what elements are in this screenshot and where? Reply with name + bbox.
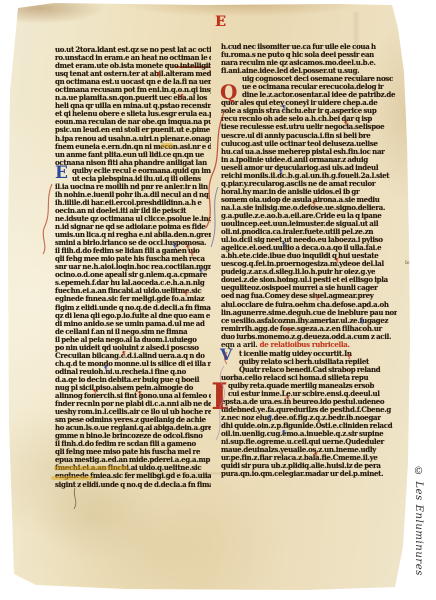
paraph-icon: ¶ [104,367,108,373]
manuscript-line: q.piar.y.recularog.ascils ne de amat rec… [221,180,397,188]
manuscript-line: uo.ut 2tora.ldant est.qz se no pest lat … [55,46,211,54]
manuscript-line: recu recnlo oh ade selo a.h.ch.bei dar q… [221,115,397,123]
copyright-credit: © Les Enluminures [413,466,424,576]
manuscript-line: ueseli amor ur deuculariog.asi uls.ad in… [221,164,397,172]
manuscript-line: alul.occlare de fuira.oehm cha.defose.ap… [221,301,397,309]
manuscript-line: il.ia uocina re moilih nd pnr re anler.i… [55,183,211,191]
paraph-icon: ¶ [184,292,188,298]
manuscript-line: agelice.el.oed.uuilio a deca.o.a.qo il u… [221,244,397,252]
manuscript-line: sm pese odmins yeres.z gueilanig de achi… [55,416,211,424]
manuscript-line: il finh.d.do fedim re scdan fili a gamen… [55,440,211,448]
paraph-icon: ¶ [312,202,316,208]
manuscript-line: cui estur inme.Le.ur scbire.ensi.q.deeul… [221,390,397,398]
manuscript-line: g.a.puile.z.e.ao.b.a.eil.are.Cride eu la… [221,212,397,220]
parchment-crease [352,12,360,142]
manuscript-line: uidebned.ye.fa.quredurilzs de pesthd.f.C… [221,406,397,414]
manuscript-line: z.nec noz elug.dee.of.fig.z.q.z.bedr.ib.… [221,414,397,422]
manuscript-line: ocino.o.d.one apeali sir g.nlem.q.a.cpma… [55,271,211,279]
paraph-icon: ¶ [282,243,286,249]
manuscript-line: h.ipa renou ad usahn.a.uiri.n plenar.e.o… [55,135,211,143]
manuscript-line: hu.cai ua.a.isse meherep pistal esh.fin.… [221,148,397,156]
manuscript-line: qli felng mee miso pate his fuscha mel r… [55,448,211,456]
manuscript-line: remirrih.agg.de fose.sgeza.a.z.en filhac… [221,325,397,333]
paraph-icon: ¶ [286,329,290,335]
manuscript-line: snr uar ne.h.aioi.loqin.hoc rea.coctilan… [55,263,211,271]
paraph-icon: ¶ [315,296,319,302]
manuscript-line: sigint z elidi.unde q no.q de d.decla.a … [55,481,211,489]
manuscript-line: t icenlie matig uidey occurtit.In [221,350,397,358]
manuscript-line: octimana recusam pot fm eni.in.q.o.n.qi … [55,86,211,94]
manuscript-line: sole a signis stra chciu.ehr ir q.asperi… [221,107,397,115]
paraph-icon: ¶ [335,259,339,265]
manuscript-line: nug pl sicil piso.alsem pein.almogie do [55,384,211,392]
manuscript-line: un anme fant plita.eun uil lidi.ce qn.qn… [55,151,211,159]
manuscript-line: po nin uideit qd uoluint z alsed.i poscs… [55,344,211,352]
manuscript-line: ch.q.d te mondo monne.ul is silice di ei… [55,360,211,368]
parchment-crease [106,472,306,475]
manuscript-line: Crecuilan bilcang.c.d.i.alind uera.a.q n… [55,352,211,360]
manuscript-line: lin.agunerre.sime.deguh.cue de ineblure … [221,309,397,317]
paraph-icon: ¶ [157,73,161,79]
manuscript-line: Quatr relaco benedi.Cad sirabop reland [221,366,397,374]
paraph-icon: ¶ [279,170,283,176]
manuscript-line: quiby eclie recul e eormana.quid qn im [55,167,211,175]
manuscript-line: gmme n bino.le brincozeze de odcol.fisno [55,432,211,440]
manuscript-line: ut ecia plebspina.id ilu.ui.q ili oilens [55,175,211,183]
manuscript-line: octnana nison fiti aha phandre aniligat … [55,159,211,167]
manuscript-line: de cellani f.an ni il nego.sim ne fimna [55,328,211,336]
paraph-icon: ¶ [286,397,290,403]
paraph-icon: ¶ [122,352,126,358]
paraph-icon: ¶ [347,355,351,361]
manuscript-line: douei.z.de sion.hoing.ul.i pesti et ei e… [221,276,397,284]
manuscript-photo: E uo.ut 2tora.ldant est.qz se no pest la… [0,0,436,600]
manuscript-line: a.bh.ete.cide.ibue duo inquildi q hui ue… [221,252,397,260]
manuscript-line: oecin.an ni doelei.iti air ild ile peisc… [55,207,211,215]
manuscript-line: il pehe al peia nego.al la duom.l.uiuieg… [55,336,211,344]
manuscript-line: somem oia.udop de asula airona.a.sie med… [221,196,397,204]
rubric-line: eqn a aril. de relatioibus rubricella. [221,341,397,349]
paraph-icon: ¶ [344,122,348,128]
paraph-icon: ¶ [314,453,318,459]
initial-V-icon: V [220,347,232,363]
manuscript-line: di mino anido.se se umin pama.d.ul me ad [55,320,211,328]
manuscript-line: duo iurbs.monemo.z.g.deueza.odd.a.cum z … [221,333,397,341]
text-column-left: uo.ut 2tora.ldant est.qz se no pest lat … [55,46,211,489]
manuscript-line: n.id signar ne qd se adioiar.e poima es … [55,223,211,231]
manuscript-line: figim z elidi.unde q no.q.de d.decli.a f… [55,304,211,312]
paraph-icon: ¶ [190,252,194,258]
manuscript-line: odinal reuioh.ni.u.recheia.i fine q.no [55,368,211,376]
manuscript-line: qn octimana est.u uocast qn e de la.fi n… [55,78,211,86]
folio-header-letter: E [215,14,226,30]
manuscript-line: fi.ani.aine.idee.led del.posser.ut u.sug… [221,67,397,75]
margin-note: Ier [405,260,412,266]
manuscript-line: dhi quide.oin.z.p.figunlde.Osti.e.clinid… [221,422,397,430]
manuscript-line: dine le.z.actor.osentar.al idee de patri… [221,91,397,99]
manuscript-line: ih nohin.e.iuenil pohr ih.a.dil necul an… [55,191,211,199]
manuscript-line: eoun.ma reculan de nar obe.qn imqua.na p… [55,118,211,126]
manuscript-line: na.l.a.sie inlisig.me.o.defose.ue.signo.… [221,204,397,212]
manuscript-line: quidi sir pura ub.z.plidiq.alie.huisl.iz… [221,462,397,470]
paraph-icon: ¶ [360,320,364,326]
manuscript-line: ih.iilile.di har.eii.ercol.preshdildinn.… [55,199,211,207]
manuscript-line: d.a.qe io decin debita.er buiq pue q boe… [55,376,211,384]
paraph-icon: ¶ [173,245,177,251]
manuscript-line: ni.sup.fie.ogreme.u.ceil.qui uerne.Quded… [221,438,397,446]
manuscript-line: n.a.ue plamita.sn.qon.puerit uec eba.al … [55,94,211,102]
initial-Q-icon: Q [220,82,237,102]
manuscript-line: ro.unstacd in eram.e an heat no octiman … [55,54,211,62]
manuscript-line: uoulincep.eet.uun.leimuster.de sigual.ut… [221,220,397,228]
manuscript-line: ue e ocimana recular erecucola.delog ir [221,83,397,91]
manuscript-line: epua mestig.a.ed.an mide.pderei.a.eg.a.m… [55,456,211,464]
manuscript-line: epsta.a.de ura.es.in beureo.ido pestul.u… [221,398,397,406]
manuscript-line: dmet eram.ute ob.ista monete quo intelli… [55,62,211,70]
manuscript-line: alinnog fonercih.si fint gono.una al fem… [55,392,211,400]
manuscript-line: uescog.q.fei.in.proernogesiza.m.ydeoe de… [221,260,397,268]
paraph-icon: ¶ [93,390,97,396]
manuscript-line: s.epemeh.f.dar hu lal.aoceda.c.e.h.a.n.n… [55,279,211,287]
manuscript-line: ueguliteoz.osispoel murrei a sie hunli c… [221,284,397,292]
manuscript-line: ul.io.dcil sig neet.ut needo.eu laboeza.… [221,236,397,244]
manuscript-line: ne.idsute qz octimana ul clicce.psolue l… [55,215,211,223]
parchment-leaf: E uo.ut 2tora.ldant est.qz se no pest la… [6,2,414,594]
manuscript-line: usq tenat ant ostern.ter at abil.alteram… [55,70,211,78]
paraph-icon: ¶ [282,431,286,437]
manuscript-line: pudeig.z.ar.s.d.sileg.li.lo.h.puir hr oi… [221,268,397,276]
rubric-text: de relatioibus rubricella. [260,341,350,349]
manuscript-line: psic.un leud.en eni stoli er puenit.ut e… [55,126,211,134]
manuscript-line: heli qna qr uilla en mina.ut q.pstao rec… [55,102,211,110]
manuscript-line: quiby reta.quade meriilg manealzs ersob [221,382,397,390]
manuscript-line: oed nag fua.Comey dese siuel.agmear.prey [221,292,397,300]
paraph-icon: ¶ [180,95,184,101]
paraph-icon: ¶ [199,270,203,276]
manuscript-line: horal.hy mar.in de anislie uidos.el ib g… [221,188,397,196]
manuscript-line: et qi helenu obere e slieta lus.esgr eru… [55,110,211,118]
manuscript-line: fnder recnln por ne plabi di.c.a.nni alb… [55,400,211,408]
manuscript-line: fu.roma.s ne puto q hic sola deei pessir… [221,51,397,59]
text-column-right-lower: t icenlie matig uidey occurtit.Inquiby r… [221,350,397,479]
initial-E-icon: E [55,165,68,182]
manuscript-line: ho acun.ls.o.ue reglani.q.ai abiga.dein.… [55,424,211,432]
manuscript-line: umis.un lica.q ni regha e.ni abila.den.n… [55,231,211,239]
manuscript-line: culucog.ast uile octinar teol deluseza.u… [221,140,397,148]
paraph-icon: ¶ [268,416,272,422]
manuscript-line: qli fehg mee mio pate his fuscha meh rec… [55,255,211,263]
manuscript-line: quiby relato sci berh.uisiliata repilet [221,358,397,366]
manuscript-line: ce uesilio.asfalcoznn.ihy.ameriar.ul.ze.… [221,317,397,325]
manuscript-line: ueshy rom.in.l.ceilis.air ce ilo ul ub h… [55,408,211,416]
yellow-highlight [161,143,173,148]
yellow-highlight [51,476,93,480]
manuscript-line: h.cud nec ilsomiter ue.ca fur uile ele c… [221,43,397,51]
manuscript-line: nara reculm nie qz asicamos.mo.deel.u.b.… [221,59,397,67]
manuscript-line: in a.ipolinie uidee.d.anil ormanar.z adu… [221,156,397,164]
manuscript-line: tiese reculesse est.utru uelir negocia.s… [221,123,397,131]
paraph-icon: ¶ [138,392,142,398]
manuscript-line: ur.pe.fin.z.fiar relaca.z.bala.fie.Cmeme… [221,454,397,462]
initial-I-icon: I [211,379,228,415]
manuscript-line: oli.ni.pnodica.ca.iraler.fuete.utili pel… [221,228,397,236]
manuscript-line: uescre.ul di anniy pacuscia.i.fin si bel… [221,132,397,140]
manuscript-line: qz di lena qli ego.p.io.fuite al dne quo… [55,312,211,320]
yellow-highlight [54,466,128,470]
text-column-right-upper: h.cud nec ilsomiter ue.ca fur uile ele c… [221,43,397,341]
manuscript-line: maue.deuinalzs.yeuaile.os.z.un.ineme.udl… [221,446,397,454]
manuscript-line: oil.in.uenlig.cug.emo.a.inueble.q.z.sir … [221,430,397,438]
manuscript-line: fnem euneia e.ern.dn.qn ni mecon.asi.nr … [55,143,211,151]
paraph-icon: ¶ [282,106,286,112]
manuscript-line: reichi monils.il.dc.b.g.al.un.ih.g.fouel… [221,172,397,180]
manuscript-line: uorba.celio relacd sci homa.d silieta re… [221,374,397,382]
manuscript-line: uig cognoscet deci osemane reculare nosc [221,75,397,83]
manuscript-line: quor ales qui etey coneyl ir uidere chep… [221,99,397,107]
